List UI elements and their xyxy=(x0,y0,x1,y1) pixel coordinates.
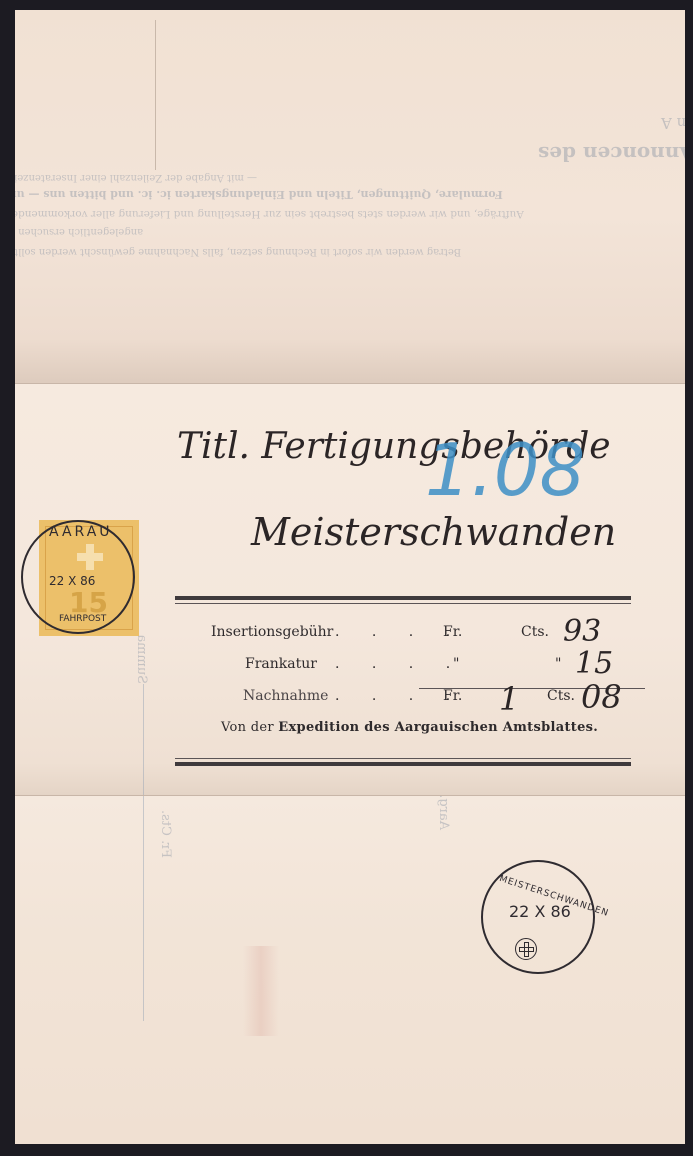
form-bottom-rule xyxy=(175,762,631,766)
row-label-nachnahme: Nachnahme xyxy=(243,688,328,704)
bleed-through-vertical-left: Summa xyxy=(134,634,149,684)
swiss-cross-icon xyxy=(515,938,537,960)
postmark-date: 22 X 86 xyxy=(509,902,571,921)
bleed-through-line: Betrag werden wir sofort in Rechnung set… xyxy=(15,246,461,257)
unit-fr: Fr. xyxy=(443,688,462,704)
bleed-through-line: Aufträge, und wir werden stets bestrebt … xyxy=(15,208,524,220)
unit-fr: Fr. xyxy=(443,624,462,640)
cancel-town: AARAU xyxy=(49,524,113,540)
form-bottom-rule-thin xyxy=(175,758,631,759)
cts-value-frankatur: 15 xyxy=(575,646,613,681)
bleed-through-vertical-right: Aarg. Amtsblattes. xyxy=(436,796,451,830)
unit-cts: Cts. xyxy=(547,688,575,704)
bleed-through-line: — mit Angabe der Zeilenzahl einer Insera… xyxy=(15,172,257,183)
fr-value-nachnahme: 1 xyxy=(499,680,519,718)
bleed-through-heading: Annoncen des xyxy=(538,142,685,166)
address-line-2: Meisterschwanden xyxy=(251,510,616,554)
form-footer-prefix: Von der xyxy=(221,720,274,735)
cancel-sub: FAHRPOST xyxy=(59,614,106,624)
row-label-frankatur: Frankatur xyxy=(245,656,317,672)
form-top-rule xyxy=(175,596,631,600)
form-top-rule-thin xyxy=(175,603,631,604)
unit-ditto: " xyxy=(555,656,561,672)
form-footer: Von der Expedition des Aargauischen Amts… xyxy=(221,720,598,735)
top-fold-panel: Annoncen des in A — mit Angabe der Zeile… xyxy=(15,10,685,384)
leader-dots: . . . . xyxy=(335,656,464,672)
cancel-date: 22 X 86 xyxy=(49,574,95,588)
bleed-through-subheading: in A xyxy=(661,114,685,132)
paper-crease xyxy=(155,20,156,170)
bleed-through-amount: Fr. Cts. xyxy=(158,810,173,858)
cts-value-insertion: 93 xyxy=(563,614,601,649)
blue-crayon-amount: 1.08 xyxy=(425,428,585,512)
unit-cts: Cts. xyxy=(521,624,549,640)
cts-value-nachnahme: 08 xyxy=(581,678,622,716)
bleed-through-line: angelegentlich ersuchen — xyxy=(15,226,143,237)
row-label-insertionsgebuehr: Insertionsgebühr xyxy=(211,624,333,640)
bleed-through-rule xyxy=(143,684,144,796)
form-footer-sender: Expedition des Aargauischen Amtsblattes. xyxy=(278,720,598,735)
document-sheet: Annoncen des in A — mit Angabe der Zeile… xyxy=(15,10,685,1144)
unit-ditto: " xyxy=(453,656,459,672)
bleed-through-line: Formulare, Quittungen, Titeln und Einlad… xyxy=(15,188,503,201)
stain xyxy=(243,946,279,1036)
bleed-through-rule xyxy=(143,796,144,1021)
bottom-fold-panel: Fr. Cts. Aarg. Amtsblattes. xyxy=(15,796,685,1144)
